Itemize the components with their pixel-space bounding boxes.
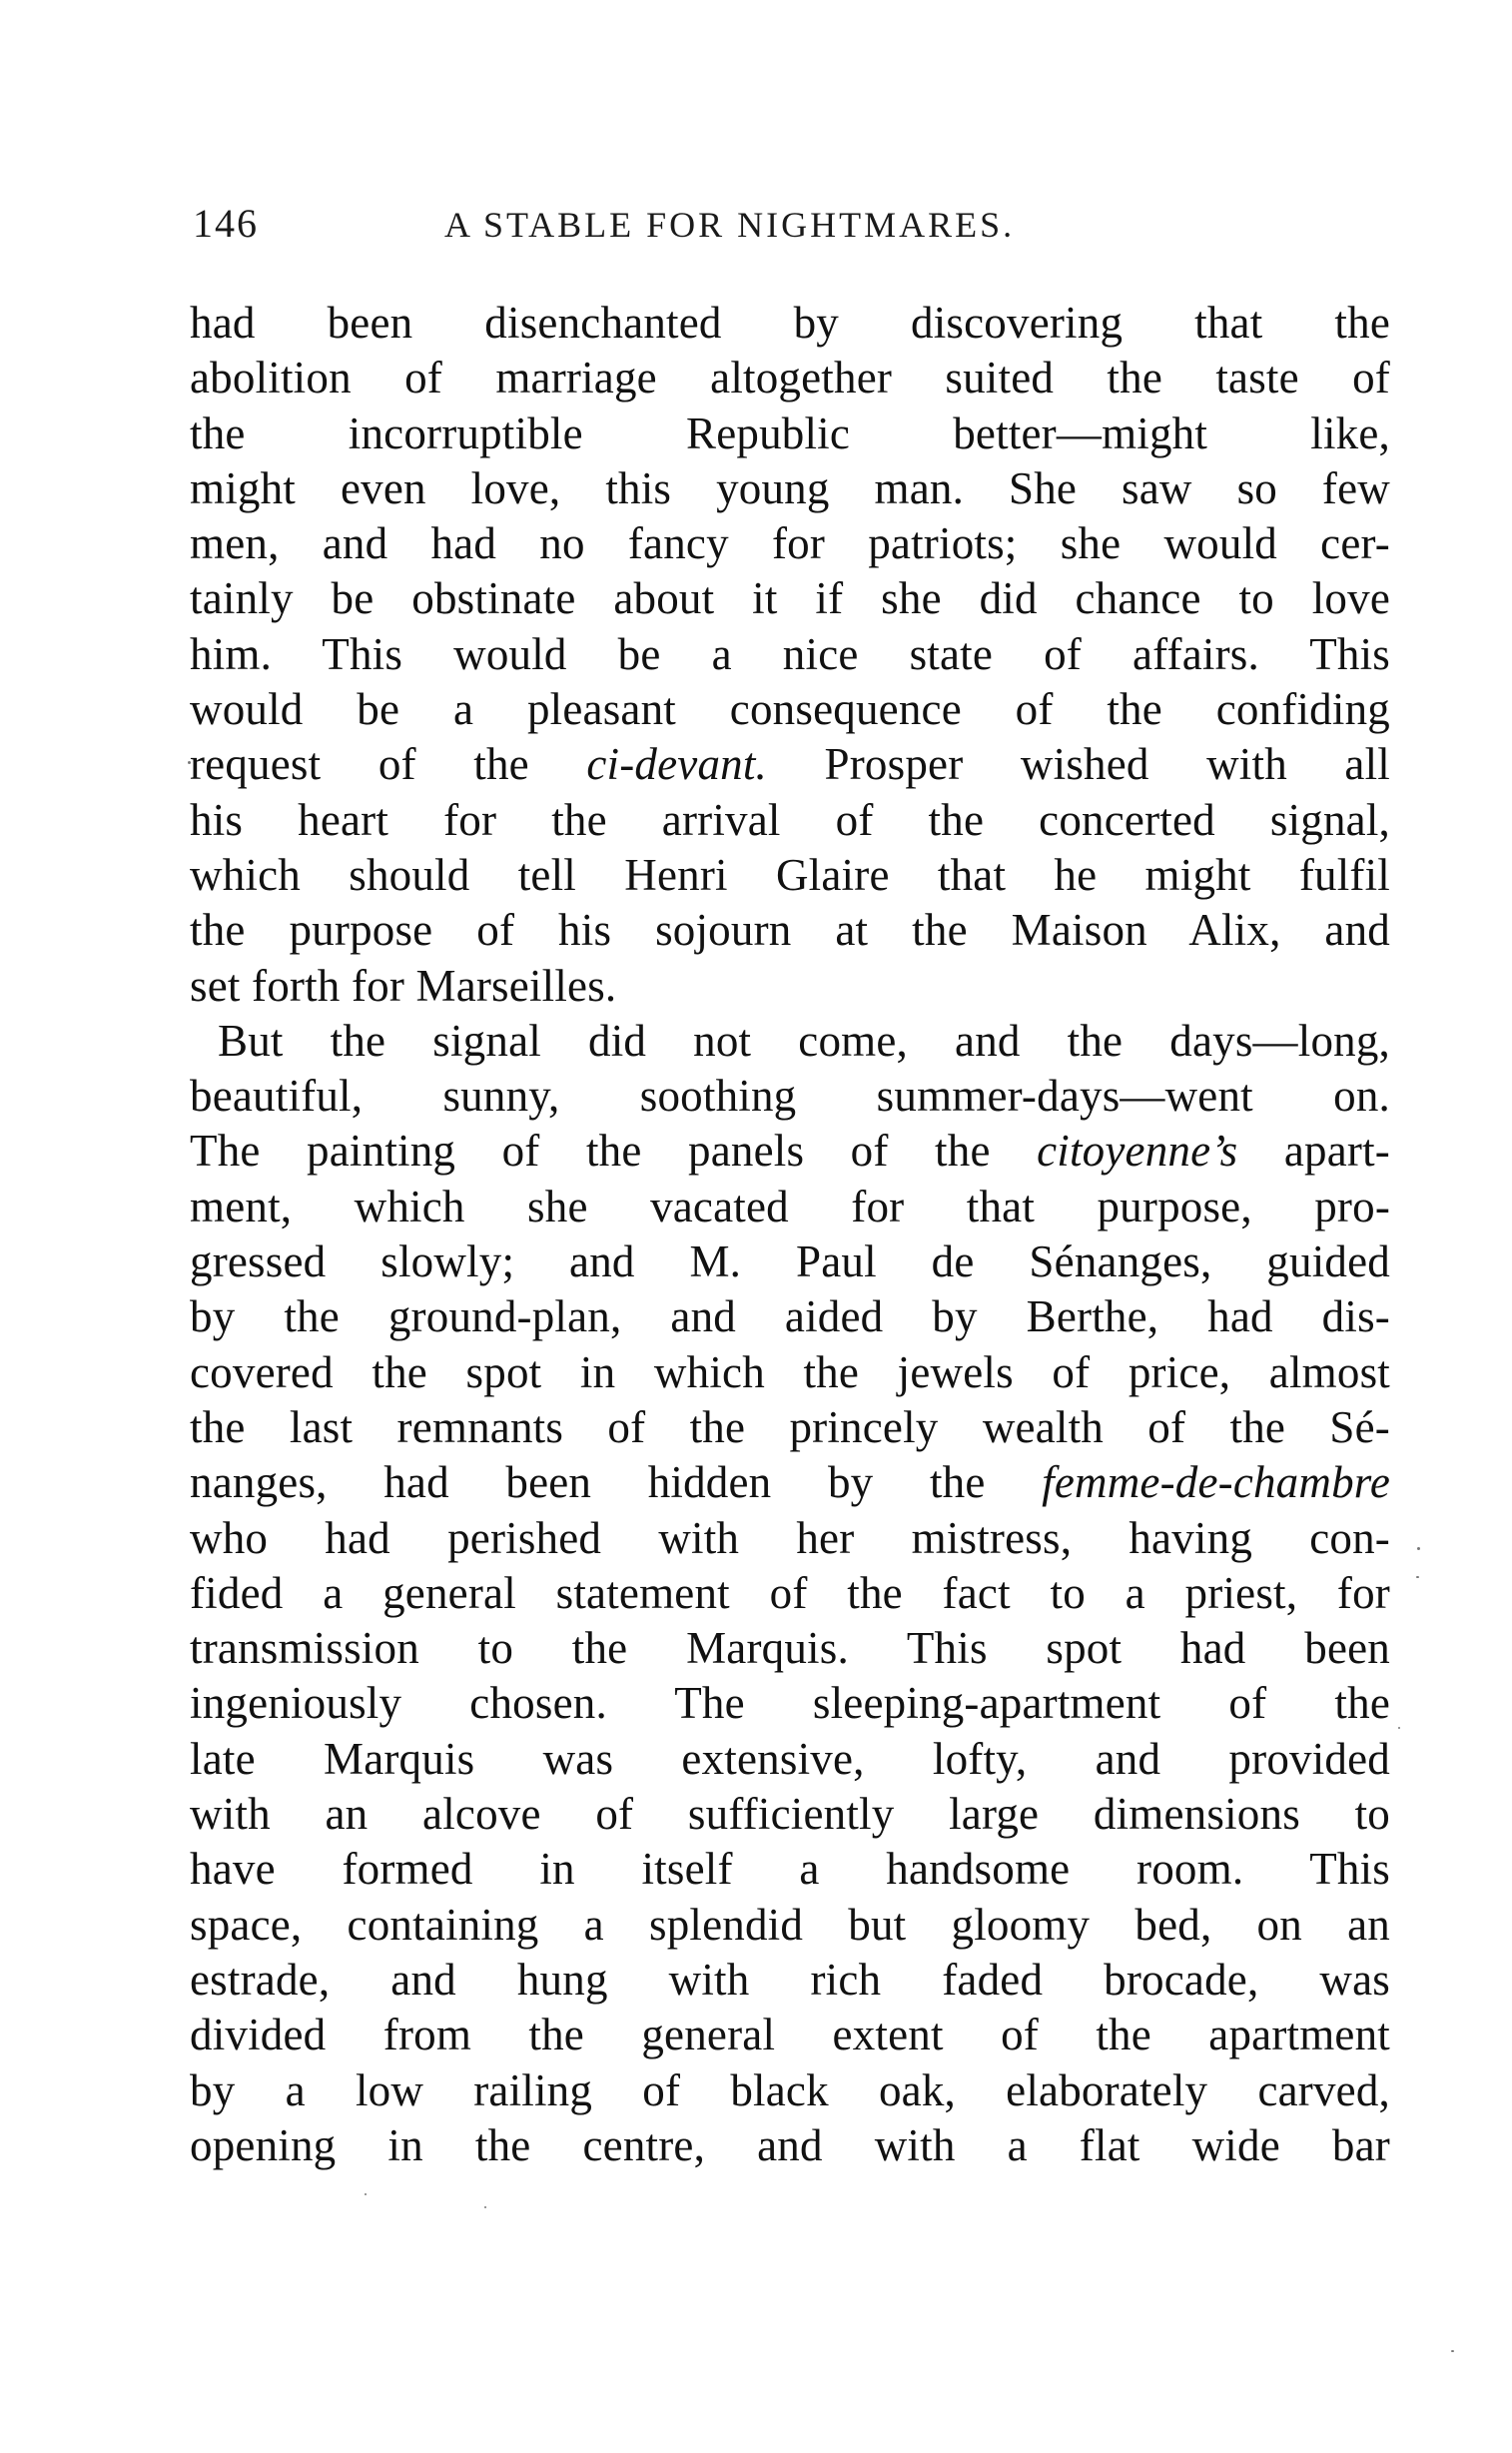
text-line: would be a pleasant consequence of the c… [190,682,1390,737]
text-line: ment, which she vacated for that purpose… [190,1180,1390,1234]
text-line: his heart for the arrival of the concert… [190,793,1390,848]
italic-phrase: femme-de-chambre [1042,1457,1390,1507]
text-line: beautiful, sunny, soothing summer-days—w… [190,1069,1390,1124]
text-line: with an alcove of sufficiently large dim… [190,1787,1390,1842]
text-run: The painting of the panels of the [190,1126,1037,1176]
text-line: But the signal did not come, and the day… [190,1014,1390,1069]
text-line: request of the ci-devant. Prosper wished… [190,737,1390,792]
scan-speck [1416,1576,1419,1578]
text-line: ingeniously chosen. The sleeping-apartme… [190,1676,1390,1731]
text-line: the last remnants of the princely wealth… [190,1400,1390,1455]
text-run: Prosper wished with all [767,739,1390,789]
text-line: the incorruptible Republic better—might … [190,407,1390,461]
body-text: had been disenchanted by discovering tha… [190,296,1390,2173]
text-line: nanges, had been hidden by the femme-de-… [190,1455,1390,1510]
text-line: him. This would be a nice state of affai… [190,627,1390,682]
text-run: apart- [1237,1126,1390,1176]
text-line: had been disenchanted by discovering tha… [190,296,1390,351]
running-head: 146 A STABLE FOR NIGHTMARES. [193,200,1391,256]
scan-speck [1398,1727,1400,1729]
text-run: nanges, had been hidden by the [190,1457,1042,1507]
paragraph: had been disenchanted by discovering tha… [190,296,1390,1014]
italic-phrase: ci-devant. [586,739,767,789]
italic-phrase: citoyenne’s [1037,1126,1237,1176]
text-line: The painting of the panels of the citoye… [190,1124,1390,1179]
text-line: set forth for Marseilles. [190,959,1390,1014]
text-line: space, containing a splendid but gloomy … [190,1898,1390,1953]
scan-speck [188,761,191,764]
text-line: tainly be obstinate about it if she did … [190,571,1390,626]
text-line: fided a general statement of the fact to… [190,1566,1390,1621]
scan-speck [1451,2350,1454,2352]
text-line: gressed slowly; and M. Paul de Sénanges,… [190,1234,1390,1289]
scan-speck [1417,1547,1420,1550]
text-line: covered the spot in which the jewels of … [190,1345,1390,1400]
text-run: request of the [190,739,586,789]
book-page: 146 A STABLE FOR NIGHTMARES. had been di… [0,0,1512,2453]
scan-speck [484,2206,486,2208]
running-title: A STABLE FOR NIGHTMARES. [444,204,1015,246]
text-line: by a low railing of black oak, elaborate… [190,2063,1390,2118]
text-line: which should tell Henri Glaire that he m… [190,848,1390,903]
text-line: might even love, this young man. She saw… [190,461,1390,516]
text-line: divided from the general extent of the a… [190,2008,1390,2062]
paragraph: But the signal did not come, and the day… [190,1014,1390,2173]
scan-speck [365,2193,367,2195]
text-line: estrade, and hung with rich faded brocad… [190,1953,1390,2008]
text-line: have formed in itself a handsome room. T… [190,1842,1390,1897]
text-line: late Marquis was extensive, lofty, and p… [190,1732,1390,1787]
text-line: by the ground-plan, and aided by Berthe,… [190,1289,1390,1344]
text-line: who had perished with her mistress, havi… [190,1511,1390,1566]
text-line: transmission to the Marquis. This spot h… [190,1621,1390,1676]
text-line: the purpose of his sojourn at the Maison… [190,903,1390,958]
page-number: 146 [193,200,259,247]
text-line: abolition of marriage altogether suited … [190,351,1390,406]
text-line: opening in the centre, and with a flat w… [190,2118,1390,2173]
text-line: men, and had no fancy for patriots; she … [190,516,1390,571]
